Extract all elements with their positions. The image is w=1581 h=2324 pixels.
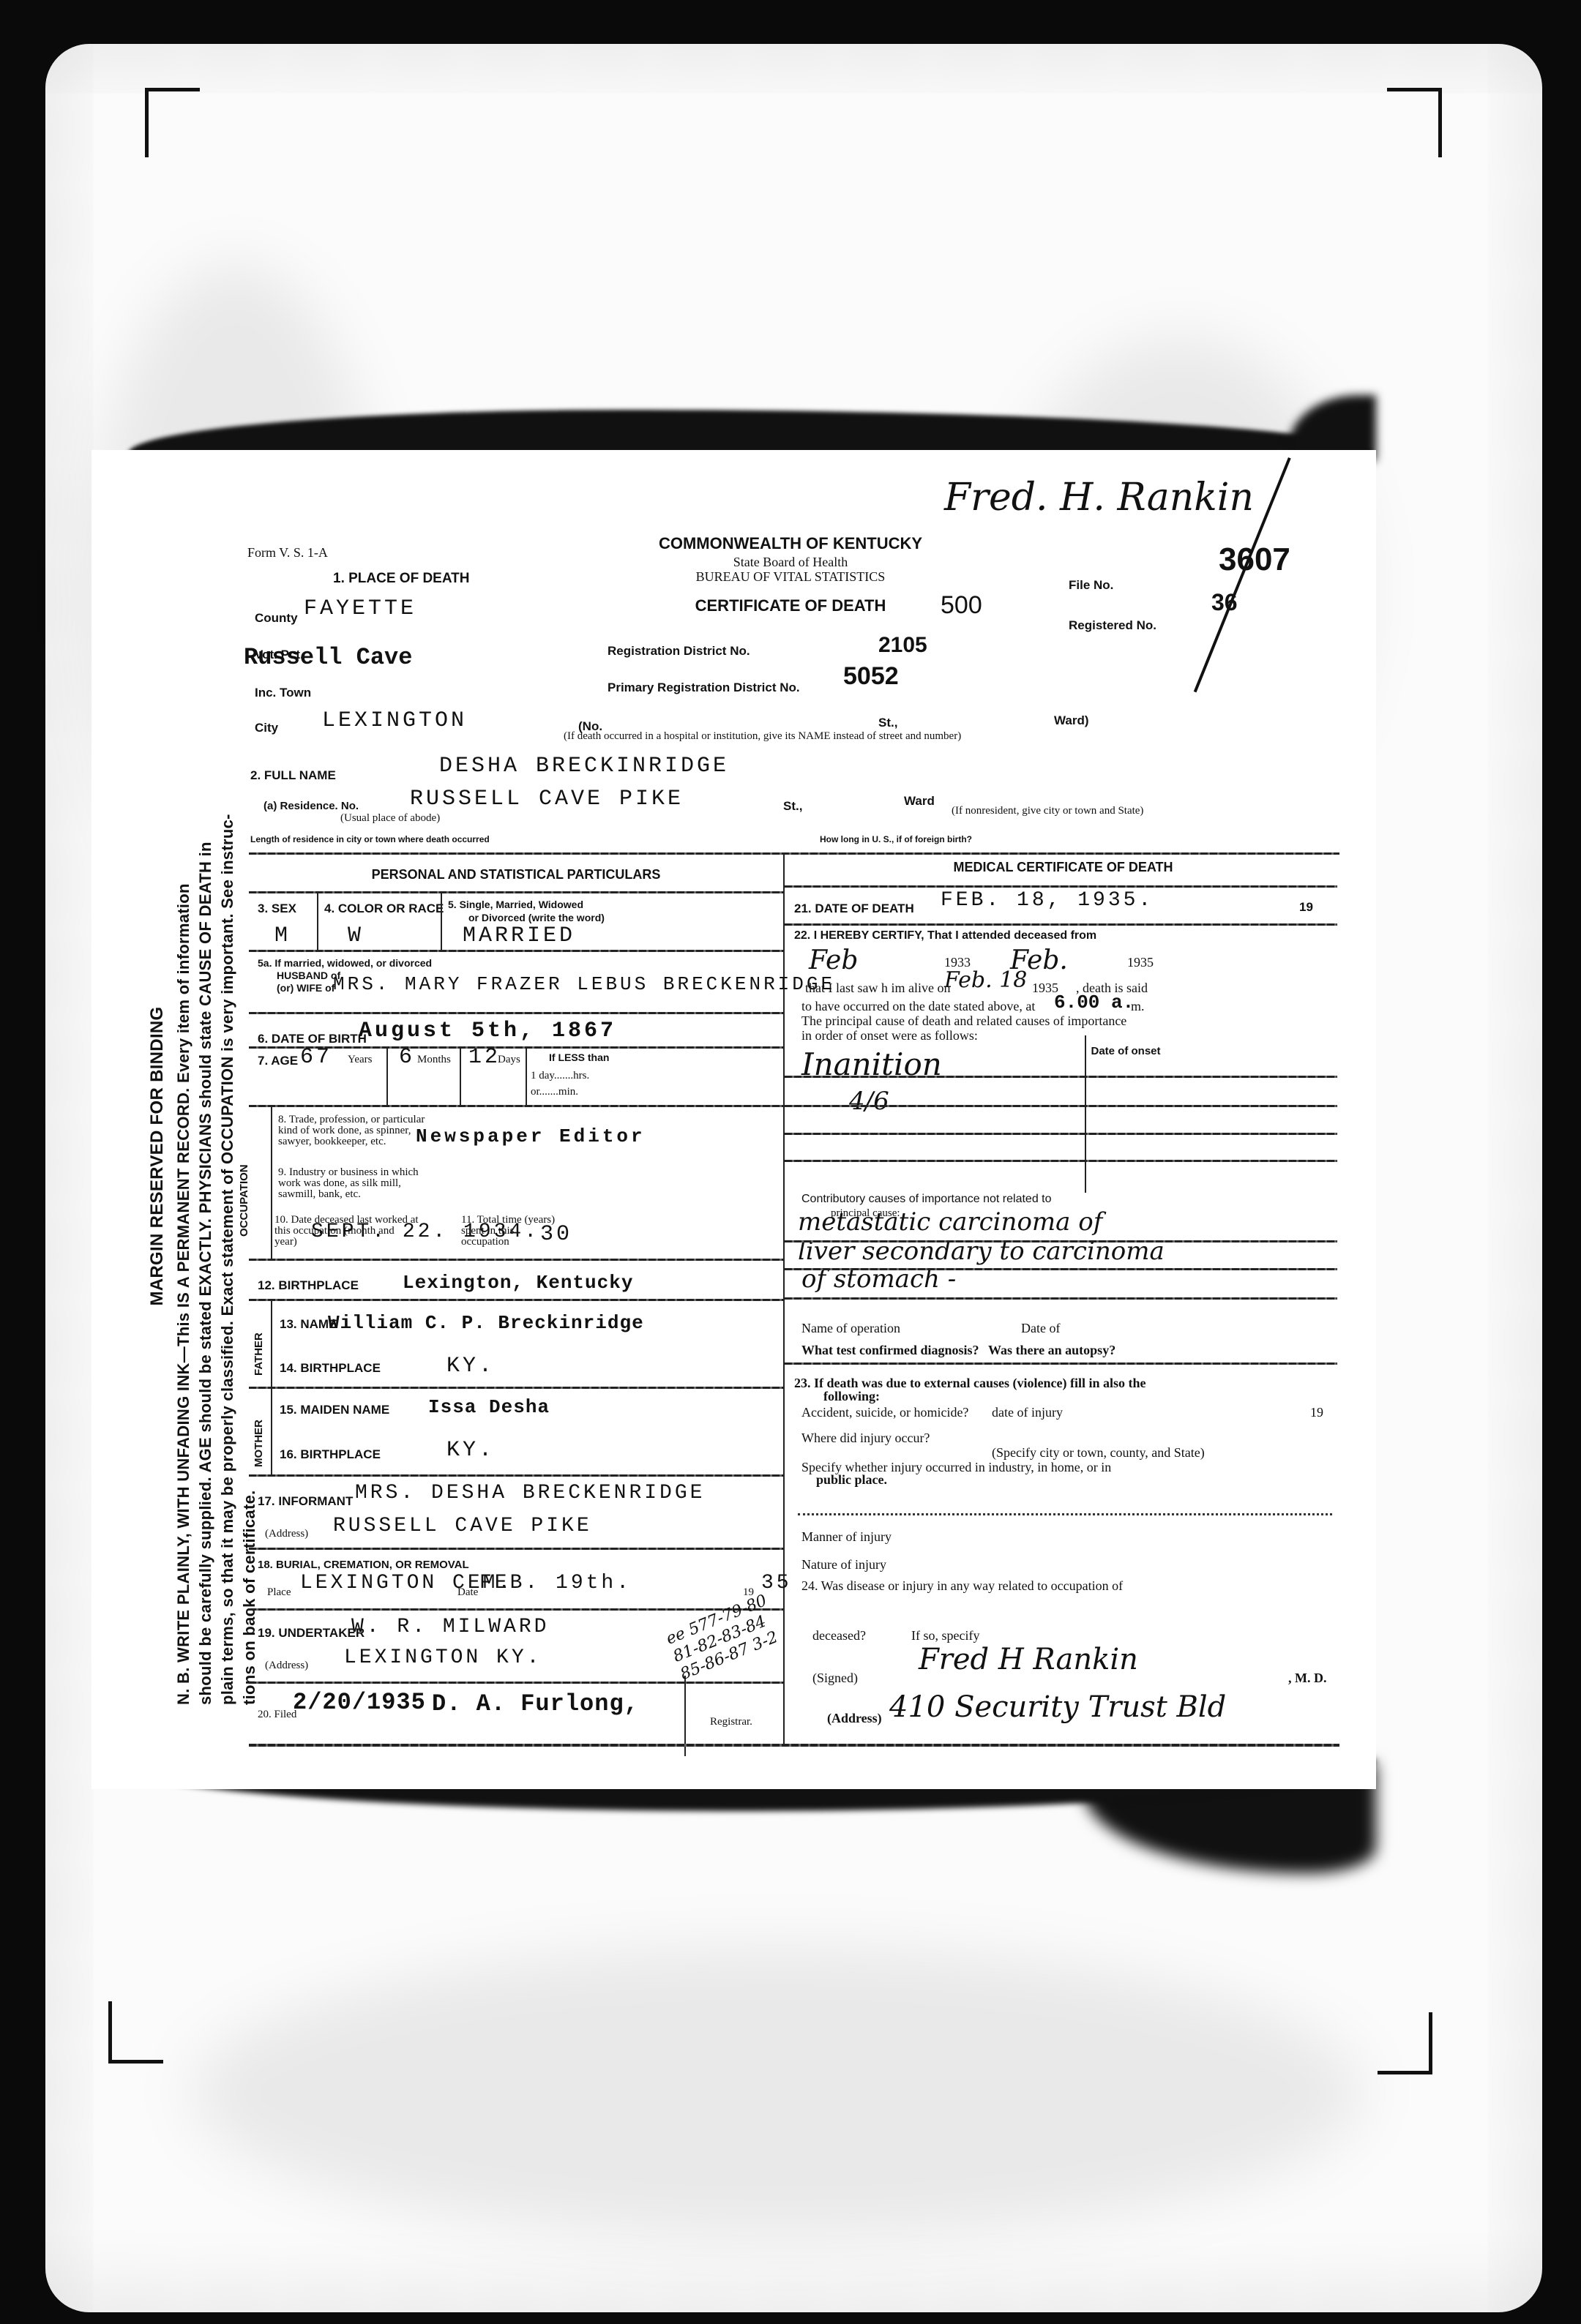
days-label: Days <box>498 1054 520 1066</box>
signed-label: (Signed) <box>812 1671 858 1686</box>
operation-label: Name of operation <box>801 1321 900 1336</box>
md-label: , M. D. <box>1288 1671 1327 1686</box>
column-divider <box>317 891 318 950</box>
cause-line <box>785 1105 1337 1107</box>
full-name-label: 2. FULL NAME <box>250 768 336 783</box>
burial-date-value: FEB. 19th. <box>479 1572 632 1594</box>
residence-ward-label: Ward <box>904 794 935 809</box>
cause-line <box>785 1268 1337 1270</box>
time-of-death: 6.00 a. <box>1054 992 1134 1013</box>
residence-value: RUSSELL CAVE PIKE <box>410 787 684 811</box>
form-bottom-border <box>249 1744 1339 1747</box>
file-number: 3607 <box>1219 541 1290 578</box>
birthplace-label: 12. BIRTHPLACE <box>258 1278 359 1293</box>
margin-line-2: should be carefully supplied. AGE should… <box>195 607 217 1705</box>
months-label: Months <box>417 1054 451 1066</box>
onset-column-divider <box>1085 1035 1086 1193</box>
mother-birthplace-value: KY. <box>446 1438 495 1463</box>
place-of-death-heading: 1. PLACE OF DEATH <box>333 571 470 587</box>
registrar-signature-top: Fred. H. Rankin <box>944 476 1254 520</box>
divider <box>249 1387 783 1389</box>
mother-name-value: Issa Desha <box>428 1396 550 1418</box>
divider <box>249 1259 783 1261</box>
spouse-label-2: HUSBAND of <box>277 970 340 981</box>
residence-st-label: St., <box>783 799 802 814</box>
form-id: Form V. S. 1-A <box>247 545 328 561</box>
race-value: W <box>348 923 364 948</box>
bureau-vital-statistics: BUREAU OF VITAL STATISTICS <box>615 569 966 585</box>
primary-registration-district-label: Primary Registration District No. <box>608 681 800 695</box>
physician-address-label: (Address) <box>827 1711 882 1726</box>
industry-label-1: 9. Industry or business in which <box>278 1167 419 1178</box>
personal-particulars-title: PERSONAL AND STATISTICAL PARTICULARS <box>249 867 783 882</box>
if-so-specify-label: If so, specify <box>911 1628 979 1643</box>
registrar-label: Registrar. <box>710 1716 752 1728</box>
date-of-death-19: 19 <box>1299 900 1313 915</box>
divider <box>249 1105 783 1107</box>
specify-city-note: (Specify city or town, county, and State… <box>992 1445 1205 1461</box>
state-title: COMMONWEALTH OF KENTUCKY <box>615 534 966 553</box>
one-day-label: 1 day.......hrs. <box>531 1070 589 1082</box>
accident-label: Accident, suicide, or homicide? <box>801 1405 968 1420</box>
column-divider <box>441 891 442 950</box>
age-years: 67 <box>300 1045 332 1070</box>
test-confirmed-label: What test confirmed diagnosis? <box>801 1343 979 1358</box>
date-of-death-value: FEB. 18, 1935. <box>941 889 1154 912</box>
date-of-death-label: 21. DATE OF DEATH <box>794 902 914 916</box>
onset-note: 4/6 <box>849 1087 889 1116</box>
filed-label: 20. Filed <box>258 1709 296 1721</box>
informant-address-label: (Address) <box>265 1528 308 1540</box>
industry-label: 9. Industry or business in which work wa… <box>278 1167 419 1200</box>
divider <box>785 885 1337 888</box>
vot-pct-value: Russell Cave <box>244 644 412 671</box>
divider <box>249 1682 783 1684</box>
sex-value: M <box>274 923 291 948</box>
crop-mark-bottom-right <box>1378 2012 1432 2074</box>
informant-value: MRS. DESHA BRECKENRIDGE <box>355 1482 705 1504</box>
undertaker-address-label: (Address) <box>265 1660 308 1672</box>
filed-date: 2/20/1935 <box>293 1689 426 1716</box>
inc-town-label: Inc. Town <box>255 686 311 700</box>
divider <box>249 891 783 893</box>
margin-line-3: plain terms, so that it may be properly … <box>217 607 239 1705</box>
last-saw-label: that I last saw h im alive on <box>805 981 950 996</box>
dob-label: 6. DATE OF BIRTH <box>258 1032 367 1046</box>
attended-from: Feb <box>809 945 858 975</box>
city-value: LEXINGTON <box>322 708 467 733</box>
informant-address-value: RUSSELL CAVE PIKE <box>333 1515 592 1537</box>
crop-mark-bottom-left <box>108 2001 163 2064</box>
blank-line <box>798 1513 1332 1515</box>
contributory-label-1: Contributory causes of importance not re… <box>801 1193 1052 1206</box>
or-min-label: or.......min. <box>531 1086 578 1098</box>
industry-label-2: work was done, as silk mill, <box>278 1178 419 1189</box>
cause-line <box>785 1076 1337 1078</box>
total-time-value: 30 <box>540 1222 572 1247</box>
dob-value: August 5th, 1867 <box>359 1019 616 1043</box>
specify-whether-label-2: public place. <box>816 1472 887 1488</box>
crop-mark-top-left <box>145 88 200 157</box>
trade-label-2: kind of work done, as spinner, <box>278 1125 425 1136</box>
trade-value: Newspaper Editor <box>416 1125 646 1147</box>
binding-margin-instructions: MARGIN RESERVED FOR BINDING N. B. WRITE … <box>146 607 261 1705</box>
certificate-title: CERTIFICATE OF DEATH <box>615 596 966 615</box>
autopsy-label: Was there an autopsy? <box>988 1343 1115 1358</box>
spouse-label-3: (or) WIFE of <box>277 982 334 994</box>
cause-line <box>785 1160 1337 1162</box>
contributory-line-1: metastatic carcinoma of <box>798 1207 1102 1237</box>
marital-label-1: 5. Single, Married, Widowed <box>448 899 583 910</box>
occupation-related-label-2: deceased? <box>812 1628 866 1643</box>
city-label: City <box>255 721 278 735</box>
file-no-label: File No. <box>1069 578 1113 593</box>
margin-line-1: N. B. WRITE PLAINLY, WITH UNFADING INK—T… <box>173 607 195 1705</box>
undertaker-address-value: LEXINGTON KY. <box>344 1646 542 1669</box>
ward-label: Ward) <box>1054 713 1089 728</box>
marital-label-2: or Divorced (write the word) <box>468 912 605 923</box>
principal-cause-label-2: in order of onset were as follows: <box>801 1028 978 1043</box>
residence-label: (a) Residence. No. <box>263 800 359 812</box>
crop-mark-top-right <box>1387 88 1442 157</box>
occupation-related-label-1: 24. Was disease or injury in any way rel… <box>801 1578 1123 1594</box>
divider <box>785 1362 1337 1365</box>
years-label: Years <box>348 1054 372 1066</box>
attended-to-year: 1935 <box>1127 955 1154 970</box>
column-divider <box>386 1046 388 1105</box>
primary-registration-district-number: 5052 <box>843 662 899 691</box>
divider <box>249 950 783 952</box>
usual-abode-note: (Usual place of abode) <box>340 812 440 825</box>
hospital-note: (If death occurred in a hospital or inst… <box>564 730 961 743</box>
burial-place-label: Place <box>267 1586 291 1599</box>
informant-label: 17. INFORMANT <box>258 1494 353 1509</box>
county-label: County <box>255 611 298 626</box>
certify-label: 22. I HEREBY CERTIFY, That I attended de… <box>794 929 1096 942</box>
less-than-label: If LESS than <box>549 1052 609 1063</box>
father-side-label: FATHER <box>253 1332 265 1376</box>
cause-line <box>785 1133 1337 1135</box>
mother-birthplace-label: 16. BIRTHPLACE <box>280 1447 381 1462</box>
registered-no-label: Registered No. <box>1069 618 1156 633</box>
certificate-number: 500 <box>941 591 982 620</box>
cause-line <box>785 1297 1337 1300</box>
physician-signature: Fred H Rankin <box>919 1643 1138 1676</box>
length-residence-label: Length of residence in city or town wher… <box>250 834 490 844</box>
operation-date-label: Date of <box>1021 1321 1060 1336</box>
full-name-value: DESHA BRECKINRIDGE <box>439 754 729 779</box>
column-divider <box>460 1046 461 1105</box>
age-days: 12 <box>468 1045 501 1070</box>
burial-label: 18. BURIAL, CREMATION, OR REMOVAL <box>258 1559 469 1571</box>
occupation-side-divider <box>271 1105 272 1259</box>
age-label: 7. AGE <box>258 1054 298 1068</box>
spouse-value: MRS. MARY FRAZER LEBUS BRECKENRIDGE <box>333 973 835 995</box>
trade-label: 8. Trade, profession, or particular kind… <box>278 1114 425 1147</box>
undertaker-value: W. R. MILWARD <box>351 1616 549 1638</box>
margin-title: MARGIN RESERVED FOR BINDING <box>146 607 168 1705</box>
registrar-name: D. A. Furlong, <box>432 1690 639 1717</box>
industry-label-3: sawmill, bank, etc. <box>278 1189 419 1200</box>
street-label: St., <box>878 716 897 730</box>
external-causes-label-2: following: <box>823 1389 880 1404</box>
occupation-side-label: OCCUPATION <box>238 1164 250 1237</box>
divider <box>249 1474 783 1477</box>
trade-label-3: sawyer, bookkeeper, etc. <box>278 1136 425 1147</box>
divider <box>249 1608 783 1611</box>
registration-district-label: Registration District No. <box>608 644 750 659</box>
nature-of-injury-label: Nature of injury <box>801 1557 886 1573</box>
manner-of-injury-label: Manner of injury <box>801 1529 892 1545</box>
mother-side-label: MOTHER <box>253 1420 265 1467</box>
birthplace-value: Lexington, Kentucky <box>403 1272 633 1294</box>
column-divider <box>526 1046 527 1105</box>
registered-number: 36 <box>1211 589 1238 616</box>
principal-cause-label-1: The principal cause of death and related… <box>801 1013 1126 1029</box>
foreign-birth-label: How long in U. S., if of foreign birth? <box>820 834 972 844</box>
age-months: 6 <box>399 1045 415 1070</box>
race-label: 4. COLOR OR RACE <box>324 902 444 916</box>
injury-19: 19 <box>1310 1405 1323 1420</box>
nonresident-note: (If nonresident, give city or town and S… <box>952 805 1143 817</box>
undertaker-label: 19. UNDERTAKER <box>258 1626 365 1641</box>
injury-date-label: date of injury <box>992 1405 1063 1420</box>
registration-district-number: 2105 <box>878 633 927 658</box>
father-birthplace-label: 14. BIRTHPLACE <box>280 1361 381 1376</box>
scan-smudge <box>192 1946 1363 2239</box>
board-of-health: State Board of Health <box>615 556 966 568</box>
divider <box>249 1548 783 1550</box>
county-value: FAYETTE <box>304 596 416 621</box>
occurred-label: to have occurred on the date stated abov… <box>801 999 1035 1014</box>
physician-address-value: 410 Security Trust Bld <box>889 1690 1226 1724</box>
divider <box>249 1012 783 1014</box>
date-of-onset-label: Date of onset <box>1089 1045 1162 1057</box>
father-birthplace-value: KY. <box>446 1354 495 1379</box>
divider <box>249 852 1339 855</box>
where-injury-label: Where did injury occur? <box>801 1431 930 1446</box>
trade-label-1: 8. Trade, profession, or particular <box>278 1114 425 1125</box>
burial-date-label: Date <box>457 1586 478 1599</box>
divider <box>249 1299 783 1301</box>
sex-label: 3. SEX <box>258 902 296 916</box>
spouse-label-1: 5a. If married, widowed, or divorced <box>258 957 432 969</box>
cause-line <box>785 1240 1337 1242</box>
divider <box>785 923 1337 926</box>
mother-name-label: 15. MAIDEN NAME <box>280 1403 389 1417</box>
medical-certificate-title: MEDICAL CERTIFICATE OF DEATH <box>787 860 1339 875</box>
time-suffix: m. <box>1131 999 1145 1014</box>
father-name-value: William C. P. Breckinridge <box>328 1312 644 1334</box>
last-saw-value: Feb. 18 <box>944 967 1027 993</box>
marital-value: MARRIED <box>463 923 575 948</box>
